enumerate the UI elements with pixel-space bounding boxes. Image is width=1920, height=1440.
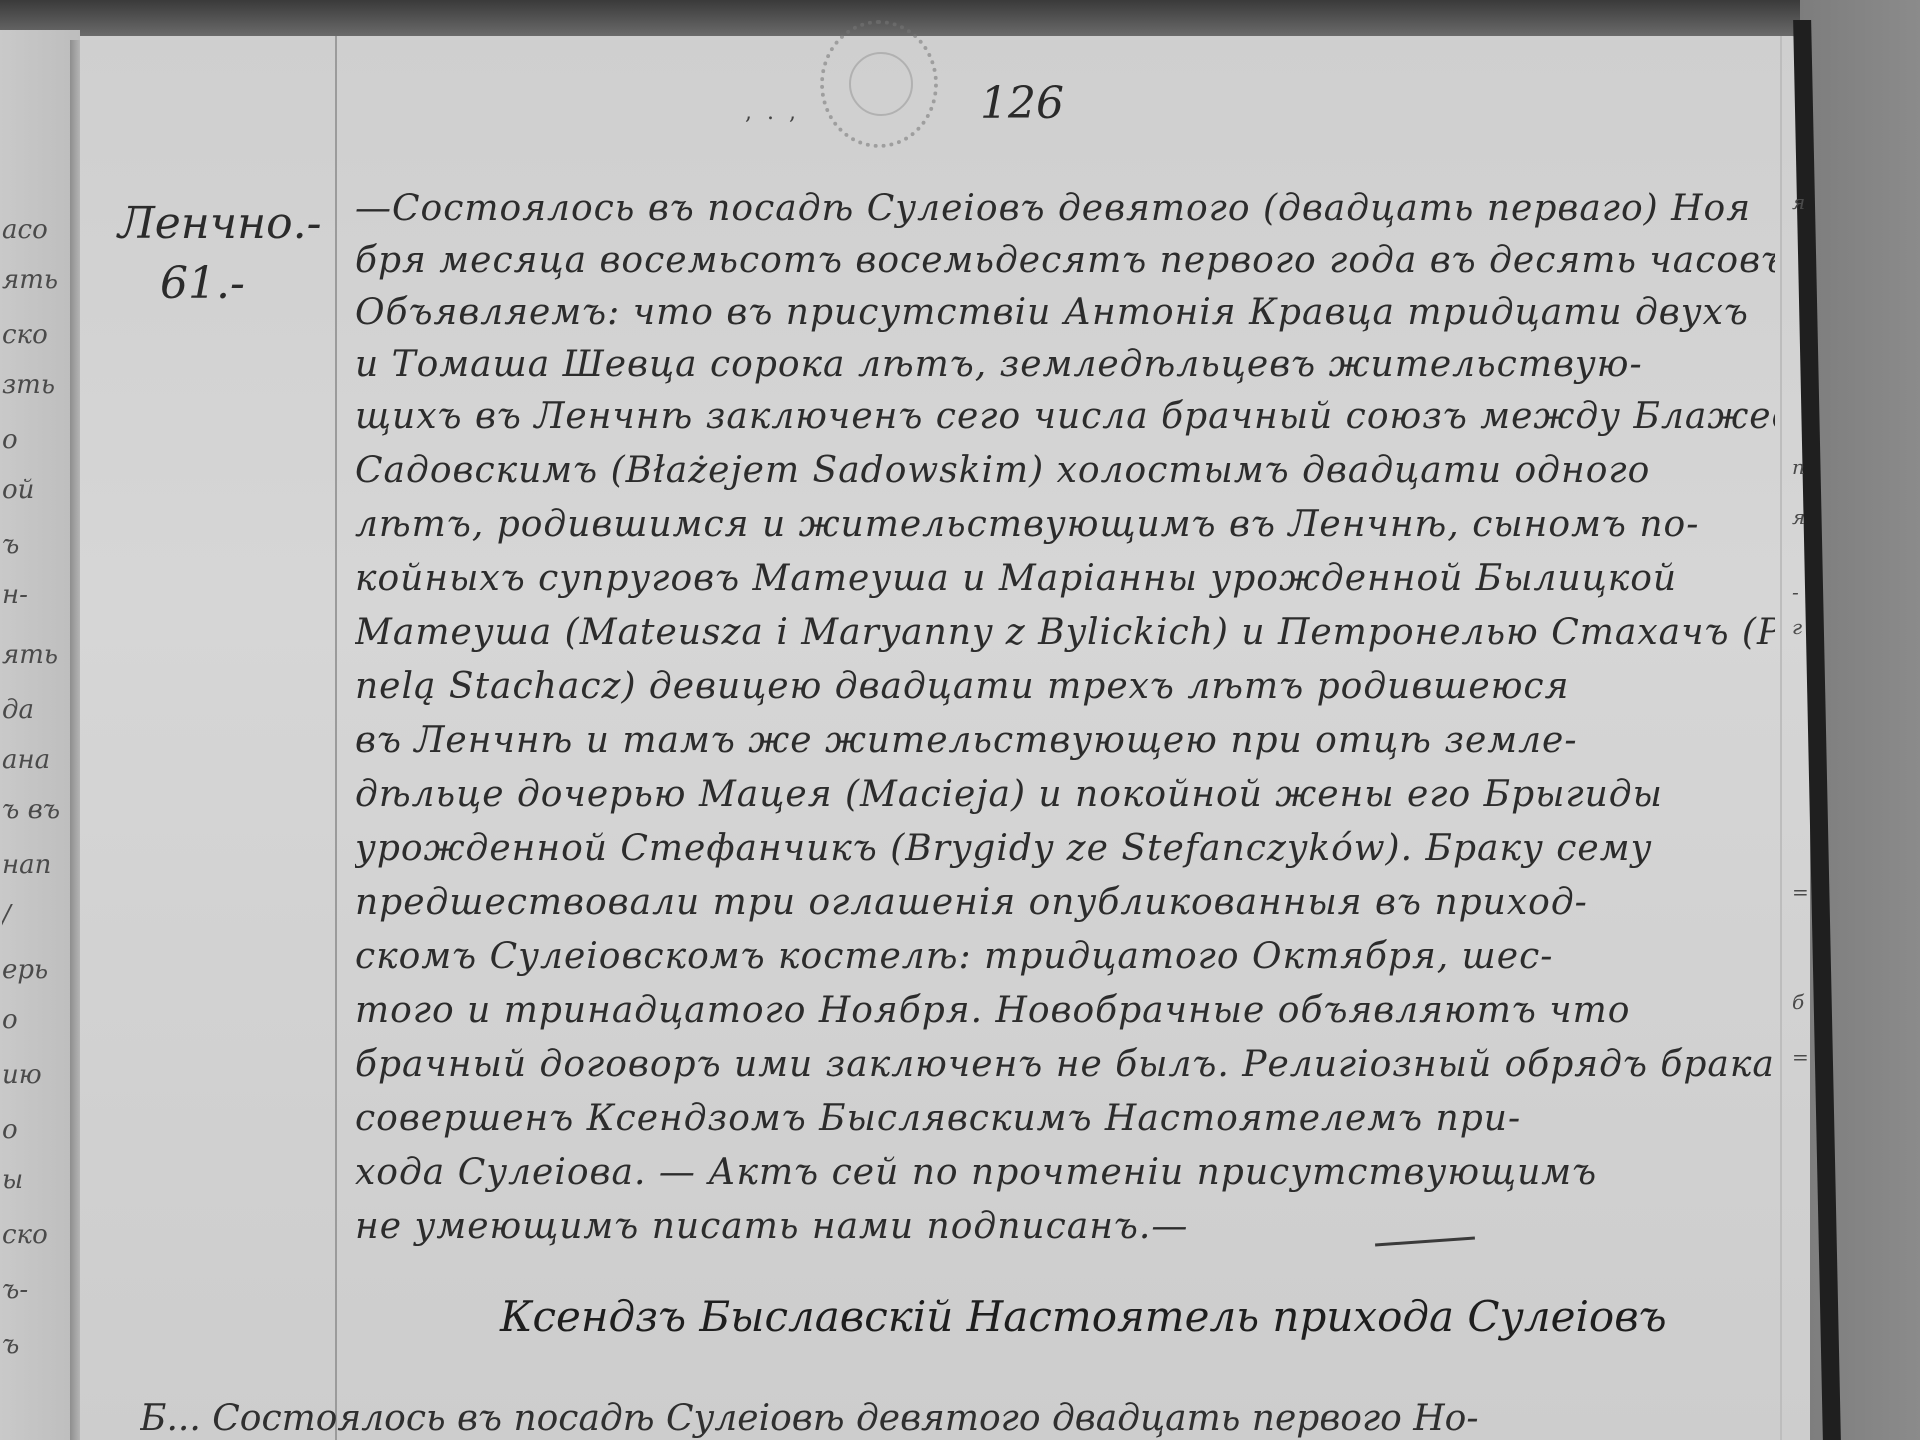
right-margin-mark: г — [1792, 615, 1802, 639]
right-margin-mark: п — [1792, 455, 1805, 479]
top-pencil-marks: , . , — [745, 100, 800, 125]
left-page-fragment: да — [2, 695, 72, 725]
entry-place: Ленчно.- — [118, 198, 321, 249]
left-page-fragment: ана — [2, 745, 72, 775]
left-page-fragment: ъ- — [2, 1275, 72, 1305]
right-margin-mark: я — [1792, 505, 1805, 529]
left-page-fragment: ять — [2, 640, 72, 670]
entry-line: лѣтъ, родившимся и жительствующимъ въ Ле… — [355, 504, 1775, 545]
left-page-fragment: ъ въ — [2, 795, 72, 825]
seal-stamp-icon — [820, 20, 938, 148]
right-margin-mark: = — [1792, 880, 1809, 904]
left-page-fragment: / — [2, 900, 72, 930]
entry-line: щихъ въ Ленчнѣ заключенъ сего числа брач… — [355, 396, 1775, 437]
left-page-fragment: нап — [2, 850, 72, 880]
entry-line: того и тринадцатого Ноября. Новобрачные … — [355, 990, 1775, 1031]
entry-line: бря месяца восемьсотъ восемьдесятъ перво… — [355, 240, 1775, 281]
entry-line: брачный договоръ ими заключенъ не былъ. … — [355, 1044, 1775, 1085]
entry-line: койныхъ супруговъ Матеуша и Маріанны уро… — [355, 558, 1775, 599]
left-page-fragment: о — [2, 425, 72, 455]
entry-line: Матеушa (Mateusza i Maryanny z Bylickich… — [355, 612, 1775, 653]
entry-line: совершенъ Ксендзомъ Быслявскимъ Настояте… — [355, 1098, 1775, 1139]
entry-line: Садовскимъ (Błażejem Sadowskim) холостым… — [355, 450, 1775, 491]
entry-line: и Томаша Шевца сорока лѣтъ, земледѣльцев… — [355, 344, 1775, 385]
right-margin-mark: - — [1792, 580, 1799, 604]
left-page-fragment: ско — [2, 1220, 72, 1250]
next-entry-partial: Б... Состоялось въ посадѣ Сулеіовѣ девят… — [140, 1398, 1800, 1439]
entry-line: дѣльце дочерью Мацея (Macieja) и покойно… — [355, 774, 1775, 815]
left-page-fragment: н- — [2, 580, 72, 610]
entry-line: Объявляемъ: что въ присутствіи Антонія К… — [355, 292, 1775, 333]
left-page-fragment: зть — [2, 370, 72, 400]
left-page-fragment: ъ — [2, 1330, 72, 1360]
left-page-fragment: ой — [2, 475, 72, 505]
entry-line: въ Ленчнѣ и тамъ же жительствующею при о… — [355, 720, 1775, 761]
entry-line: хода Сулеіова. — Актъ сей по прочтеніи п… — [355, 1152, 1775, 1193]
left-facing-page: асо ять ско зть о ой ъ н- ять да ана ъ в… — [0, 30, 80, 1440]
entry-line: урожденной Стефанчикъ (Brygidy ze Stefan… — [355, 828, 1775, 869]
left-page-fragment: ию — [2, 1060, 72, 1090]
left-page-fragment: ерь — [2, 955, 72, 985]
entry-line: предшествовали три оглашенія опубликован… — [355, 882, 1775, 923]
left-page-fragment: о — [2, 1005, 72, 1035]
left-page-fragment: ъ — [2, 530, 72, 560]
right-margin-mark: я — [1792, 190, 1805, 214]
left-page-fragment: ы — [2, 1165, 72, 1195]
left-page-fragment: ско — [2, 320, 72, 350]
entry-line: nelą Stachacz) девицею двадцати трехъ лѣ… — [355, 666, 1775, 707]
right-margin-mark: = — [1792, 1045, 1809, 1069]
margin-rule — [335, 36, 337, 1440]
book-gutter — [70, 40, 80, 1440]
left-page-fragment: ять — [2, 265, 72, 295]
entry-line: не умеющимъ писать нами подписанъ.— — [355, 1206, 1775, 1247]
entry-line: —Состоялось въ посадѣ Сулеіовъ девятого … — [355, 188, 1775, 229]
entry-number: 61.- — [160, 258, 245, 309]
right-margin-rule — [1780, 36, 1782, 1440]
left-page-fragment: о — [2, 1115, 72, 1145]
right-margin-mark: б — [1792, 990, 1804, 1014]
entry-line: скомъ Сулеіовскомъ костелѣ: тридцатого О… — [355, 936, 1775, 977]
priest-signature: Ксендзъ Быславскій Настоятель прихода Су… — [500, 1292, 1667, 1341]
left-page-fragment: асо — [2, 215, 72, 245]
page-number: 126 — [980, 78, 1064, 129]
